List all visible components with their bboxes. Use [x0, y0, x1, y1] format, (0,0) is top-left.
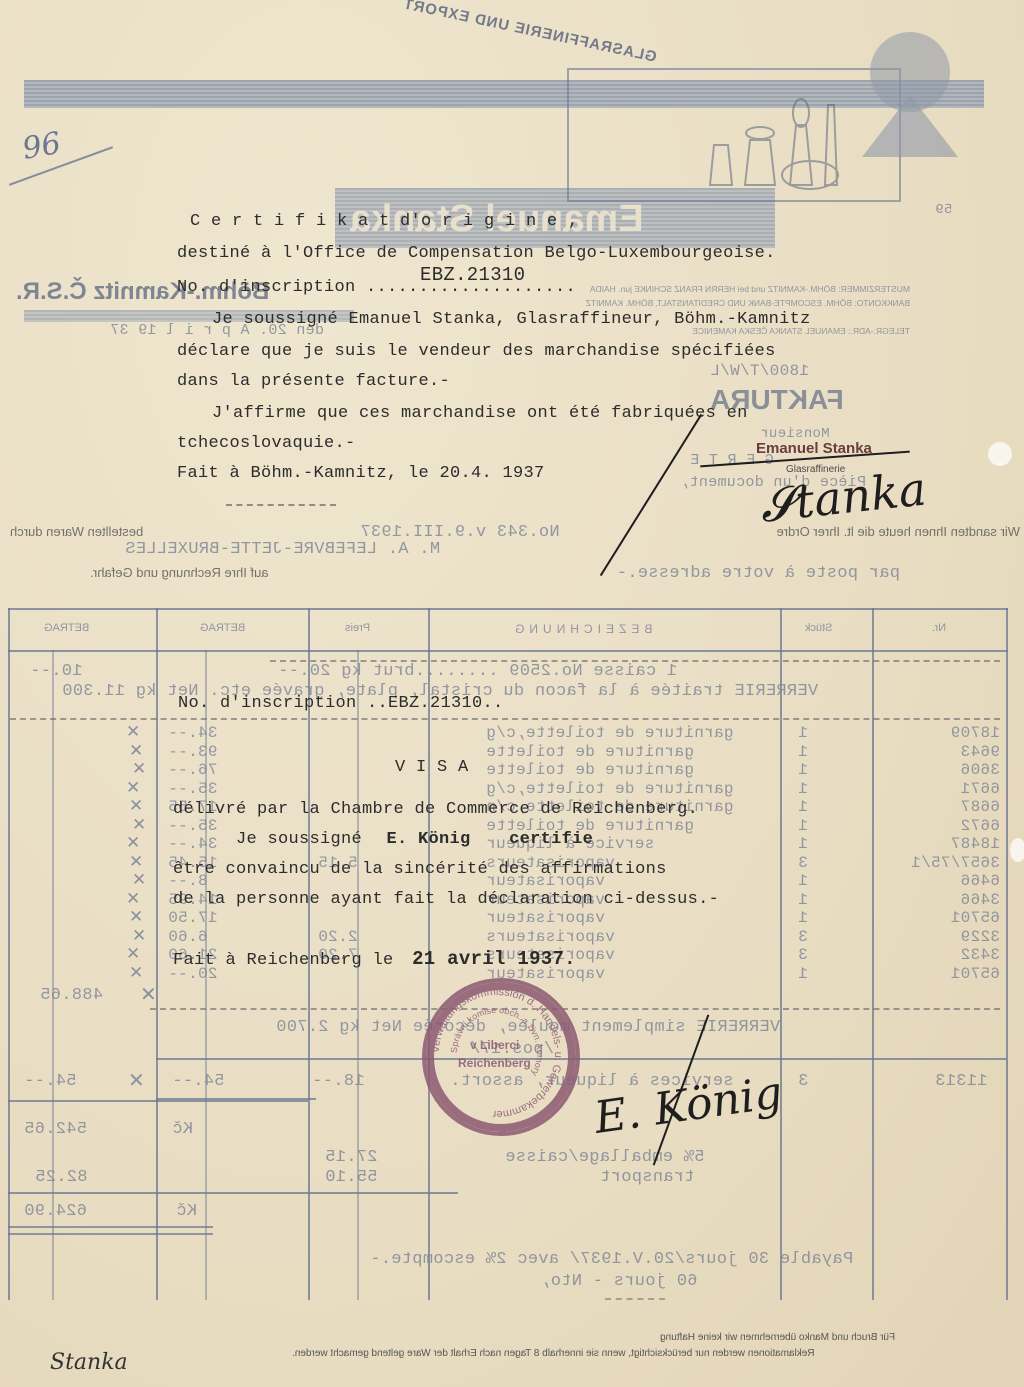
- row-qty: 1: [798, 780, 808, 798]
- table-row: 187091garniture de toilette,c/g34.--✕: [0, 724, 1024, 742]
- row-11313-nr: 11313: [935, 1072, 988, 1091]
- row-amount: 76.--: [168, 761, 218, 779]
- row-11313-qty: 3: [798, 1072, 809, 1091]
- row-qty: 1: [798, 835, 808, 853]
- visa-date: 21 avril 1937.: [412, 948, 576, 970]
- checkmark-x-icon: ✕: [132, 926, 146, 946]
- row-nr: 3466: [880, 891, 1000, 909]
- table-rule: [8, 1192, 458, 1194]
- row-desc: garniture de toilette: [486, 761, 694, 779]
- row-nr: 6672: [880, 817, 1000, 835]
- checkmark-x-icon: ✕: [126, 889, 140, 909]
- checkmark-x-icon: ✕: [126, 722, 140, 742]
- visa-signer: E. König: [387, 830, 471, 849]
- row-qty: 1: [798, 872, 808, 890]
- certificate-line-1: destiné à l'Office de Compensation Belgo…: [177, 244, 776, 263]
- visa-line-2-post: certifie: [509, 830, 593, 849]
- checkmark-x: ✕: [128, 1068, 145, 1093]
- row-11313-amount: 54.--: [172, 1072, 225, 1091]
- packing-amount: 27.15: [325, 1148, 378, 1167]
- case-line: 1 caisse No.2509 ........brut kg 20.--: [278, 662, 677, 681]
- currency-2: Kč: [176, 1202, 197, 1221]
- checkmark-x-icon: ✕: [132, 870, 146, 890]
- row-price: 2.20: [318, 928, 358, 946]
- payment-terms-2: 60 jours - Nto,: [540, 1272, 698, 1291]
- row-nr: 6466: [880, 872, 1000, 890]
- packing-label: 5% emballage/caisse: [505, 1148, 705, 1167]
- visa-line-5-pre: Fait à Reichenberg le: [173, 951, 394, 970]
- table-header-nr: Nr.: [932, 622, 946, 634]
- visa-line-5: Fait à Reichenberg le 21 avril 1937.: [173, 948, 576, 970]
- order-line-post: bestellten Waren durch: [10, 524, 143, 539]
- checkmark-x-icon: ✕: [129, 741, 143, 761]
- row-amount: 34.--: [168, 724, 218, 742]
- perfume-bottle-icon: [862, 95, 958, 157]
- table-row: 657011vaporisateur17.50✕: [0, 909, 1024, 927]
- row-nr: 6671: [880, 780, 1000, 798]
- visa-line-1: délivré par la Chambre de Commerce de Re…: [173, 800, 698, 819]
- checkmark-x-icon: ✕: [129, 907, 143, 927]
- checkmark-x-icon: ✕: [126, 944, 140, 964]
- consignee: M. A. LEFEBVRE-JETTE-BRUXELLES: [125, 540, 440, 559]
- certificate-line-7: Fait à Böhm.-Kamnitz, le 20.4. 1937: [177, 464, 545, 483]
- row-nr: 6687: [880, 798, 1000, 816]
- visa-line-2: Je soussigné E. König certifie: [236, 830, 593, 849]
- row-desc: garniture de toilette,c/g: [486, 724, 734, 742]
- visa-line-2-pre: Je soussigné: [236, 830, 362, 849]
- table-header-betrag-2: BETRAG: [44, 622, 89, 634]
- grand-total-double-rule: [8, 1226, 213, 1235]
- row-11313-total: 54.--: [24, 1072, 77, 1091]
- row-qty: 1: [798, 743, 808, 761]
- row-qty: 1: [798, 798, 808, 816]
- seal-city-1: v Liberci: [470, 1038, 519, 1052]
- checkmark-x-icon: ✕: [132, 759, 146, 779]
- row-qty: 1: [798, 891, 808, 909]
- signature-stroke: [600, 414, 702, 576]
- table-row: 66711garniture de toilette,c/g35.--✕: [0, 780, 1024, 798]
- punch-hole: [1010, 838, 1024, 862]
- row-amount: 17.50: [168, 909, 218, 927]
- table-row: 96431garniture de toilette93.--✕: [0, 743, 1024, 761]
- row-qty: 3: [798, 854, 808, 872]
- row-desc: garniture de toilette: [486, 743, 694, 761]
- visa-title: V I S A: [395, 758, 469, 777]
- checkmark-x-icon: ✕: [129, 796, 143, 816]
- ref-code: 1800/T/W/L: [710, 362, 809, 380]
- transport-amount: 55.10: [325, 1168, 378, 1187]
- checkmark-x-icon: ✕: [126, 833, 140, 853]
- certificate-underline: [226, 504, 336, 506]
- chamber-of-commerce-seal: Verwaltungskommission d. Handels- u. Gew…: [422, 978, 580, 1136]
- row-nr: 9643: [880, 743, 1000, 761]
- letterhead-arc-text: GLASRAFFINERIE UND EXPORT: [401, 0, 658, 66]
- row-qty: 3: [798, 928, 808, 946]
- row-amount: 34.--: [168, 835, 218, 853]
- table-row: 32293vaporisateurs2.206.60✕: [0, 928, 1024, 946]
- table-header-preis: Preis: [345, 622, 370, 634]
- visa-line-4: de la personne ayant fait la déclaration…: [173, 890, 719, 909]
- margin-note: 96: [19, 123, 63, 164]
- row-11313-price: 18.--: [312, 1072, 365, 1091]
- punch-hole: [988, 442, 1012, 466]
- row-nr: 18487: [880, 835, 1000, 853]
- certificate-line-3: déclare que je suis le vendeur des march…: [177, 342, 776, 361]
- transport-label: transport: [600, 1168, 695, 1187]
- glass-vases-icon: [700, 85, 850, 190]
- footer-line-2: Reklamationen werden nur berücksichtigt,…: [292, 1348, 815, 1359]
- page-mark: 59: [935, 202, 952, 218]
- shipping-via: par poste à votre adresse.-: [616, 564, 900, 583]
- table-header-bezeichnung: BEZEICHNUNG: [510, 622, 652, 636]
- checkmark-x: ✕: [140, 982, 157, 1007]
- order-line-pre: Wir sandten Ihnen heute die lt. Ihrer Or…: [776, 524, 1020, 539]
- checkmark-x-icon: ✕: [129, 852, 143, 872]
- row-desc: vaporisateur: [486, 909, 605, 927]
- row-amount: 35.--: [168, 780, 218, 798]
- case-amount: 10.--: [30, 662, 83, 681]
- shipping-risk: auf Ihre Rechnung und Gefahr.: [90, 565, 269, 580]
- currency-1: Kč: [172, 1120, 193, 1139]
- row-amount: 6.60: [168, 928, 208, 946]
- table-rule: [156, 1098, 316, 1100]
- checkmark-x-icon: ✕: [129, 963, 143, 983]
- footer-line-1: Für Bruch und Manko übernehmen wir keine…: [660, 1332, 895, 1343]
- table-header-betrag-1: BETRAG: [200, 622, 245, 634]
- row-qty: 1: [798, 761, 808, 779]
- certificate-line-6: tchecoslovaquie.-: [177, 434, 356, 453]
- bank-line: MUSTERZIMMER: BÖHM.-KAMNITZ und bei HERR…: [560, 282, 910, 296]
- extras-total: 82.25: [35, 1168, 88, 1187]
- checkmark-x-icon: ✕: [126, 778, 140, 798]
- row-nr: 3229: [880, 928, 1000, 946]
- table-rule: [8, 1100, 308, 1102]
- row-amount: 93.--: [168, 743, 218, 761]
- row-nr: 3432: [880, 946, 1000, 964]
- table-top-rule: [8, 608, 1008, 610]
- table-row: 36061garniture de toilette76.--✕: [0, 761, 1024, 779]
- certificate-line-5: J'affirme que ces marchandise ont été fa…: [212, 404, 748, 423]
- table-header-stueck: Stück: [805, 622, 833, 634]
- payment-terms-1: Payable 30 jours/20.V.1937/ avec 2% esco…: [370, 1250, 853, 1269]
- row-qty: 1: [798, 965, 808, 983]
- row-qty: 1: [798, 909, 808, 927]
- checkmark-x-icon: ✕: [132, 815, 146, 835]
- visa-line-3: être convaincu de la sincérité des affir…: [173, 860, 667, 879]
- certificate-line-2: Je soussigné Emanuel Stanka, Glasraffine…: [212, 310, 811, 329]
- row-qty: 1: [798, 724, 808, 742]
- handwritten-note: Stanka: [50, 1350, 128, 1375]
- row-nr: 18709: [880, 724, 1000, 742]
- grand-total: 624.90: [24, 1202, 87, 1221]
- row-nr: 65701: [880, 909, 1000, 927]
- table-dash-rule: [150, 1008, 1000, 1010]
- table-dash-rule: [10, 718, 1000, 720]
- row-qty: 1: [798, 817, 808, 835]
- payment-underline: [605, 1298, 665, 1300]
- sum: 542.65: [24, 1120, 87, 1139]
- row-desc: vaporisateurs: [486, 928, 615, 946]
- table-header-rule: [8, 650, 1008, 652]
- row-nr: 3657/75/1: [880, 854, 1000, 872]
- certificate-line-4: dans la présente facture.-: [177, 372, 450, 391]
- subtotal-1: 488.65: [40, 986, 103, 1005]
- inscription-number: EBZ.21310: [420, 264, 525, 286]
- row-nr: 65701: [880, 965, 1000, 983]
- row-nr: 3606: [880, 761, 1000, 779]
- seal-city-2: Reichenberg: [458, 1056, 531, 1070]
- row-amount: 35.--: [168, 817, 218, 835]
- overlay-inscription: No. d'inscription ..EBZ.21310..: [178, 694, 504, 713]
- certificate-title: C e r t i f i k a t d'o r i g i n e ,: [190, 212, 579, 231]
- row-qty: 3: [798, 946, 808, 964]
- bank-line: BANKKONTO: BÖHM. ESCOMPTE-BANK UND CREDI…: [560, 296, 910, 310]
- row-desc: garniture de toilette,c/g: [486, 780, 734, 798]
- table-rule: [156, 1058, 1006, 1060]
- shipping-via-line: par poste à votre adresse.- auf Ihre Rec…: [90, 564, 900, 583]
